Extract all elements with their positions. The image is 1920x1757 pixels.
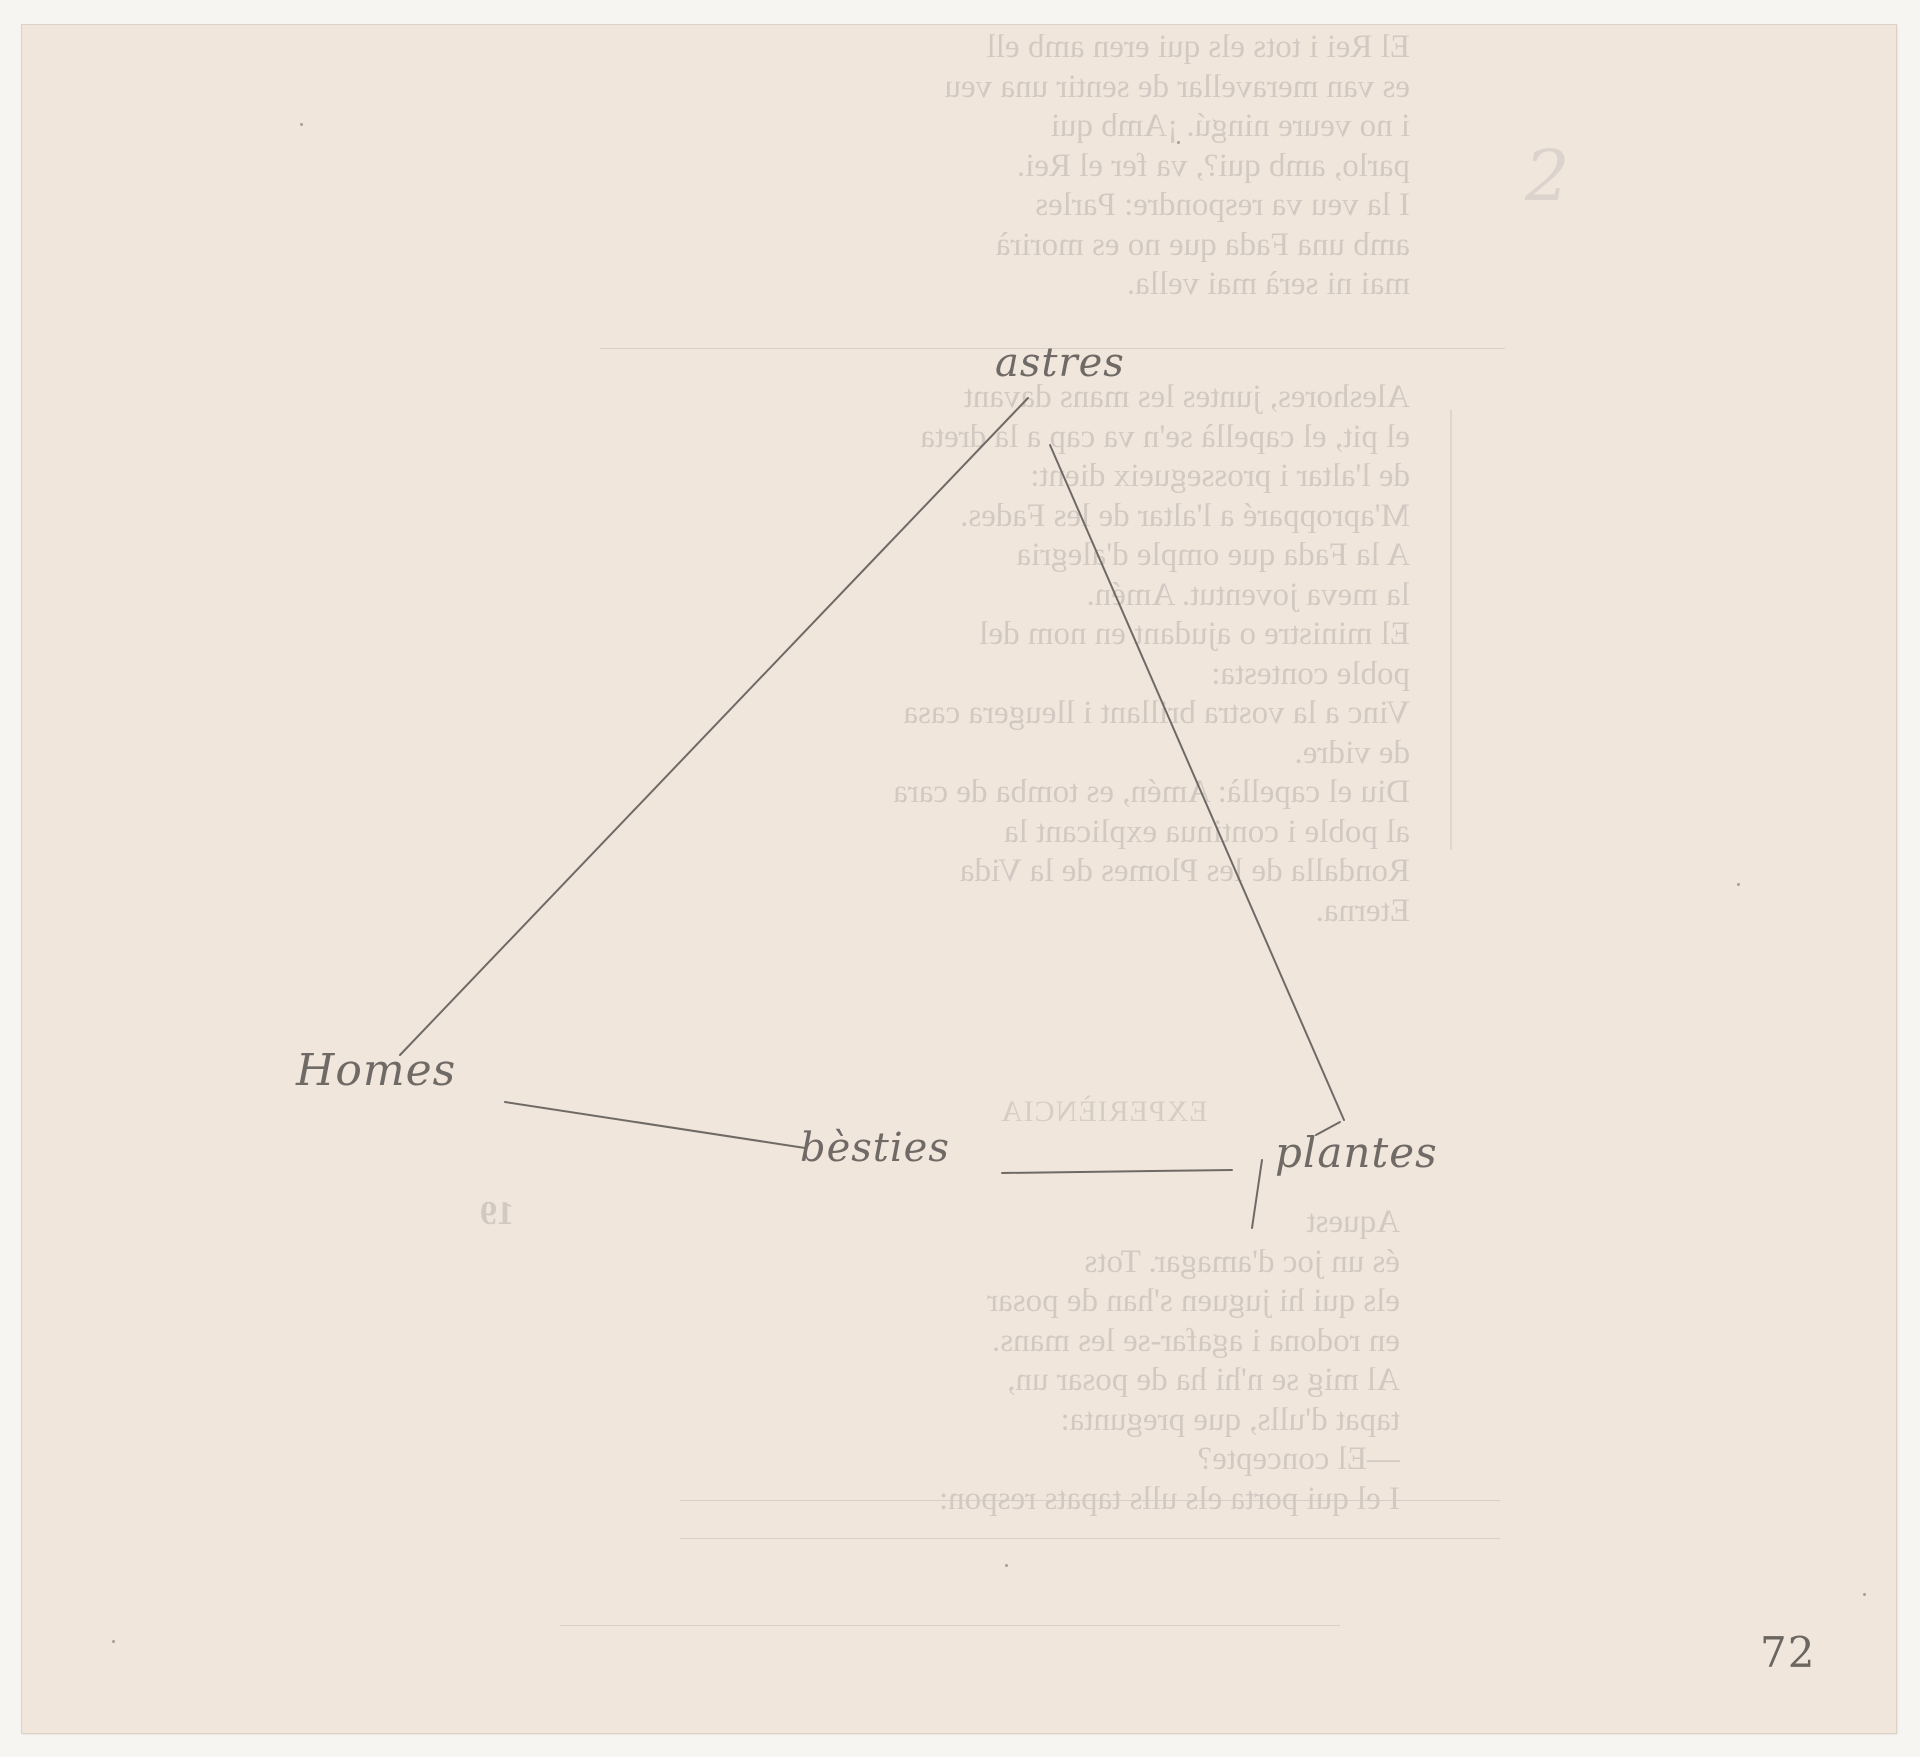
paper-speck [1005,1564,1008,1567]
label-besties: bèsties [800,1125,950,1171]
paper-speck [1737,883,1740,886]
edge-astres-plantes [1050,445,1344,1120]
paper-speck [112,1640,115,1643]
paper-speck [300,123,303,126]
edge-homes-astres [400,398,1028,1055]
label-astres: astres [995,340,1125,386]
edge-homes-besties [505,1102,805,1148]
label-homes: Homes [296,1045,456,1096]
plantes-descender [1252,1160,1262,1228]
label-plantes: plantes [1275,1128,1438,1177]
paper-speck [1177,141,1180,144]
paper-speck [1863,1593,1866,1596]
triangle-diagram-lines [0,0,1920,1757]
edge-besties-plantes [1002,1170,1232,1173]
folio-number: 72 [1760,1628,1815,1677]
